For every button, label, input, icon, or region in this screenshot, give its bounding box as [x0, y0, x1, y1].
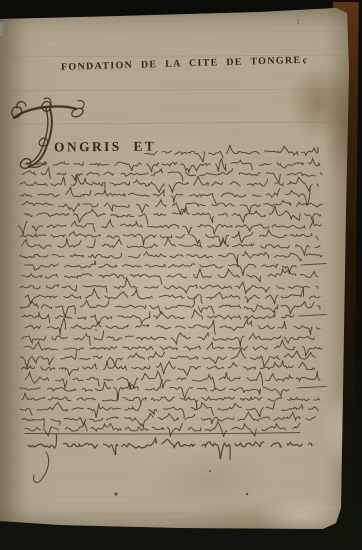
ink-speck [209, 470, 211, 472]
photo-background: 1 FONDATION DE LA CITE DE TONGREς ONGRIS… [0, 0, 362, 550]
handwritten-body-text [0, 0, 362, 550]
ink-speck [95, 329, 97, 331]
ink-speck [246, 493, 249, 496]
ink-speck [114, 492, 117, 495]
manuscript-page: 1 FONDATION DE LA CITE DE TONGREς ONGRIS… [0, 0, 362, 550]
